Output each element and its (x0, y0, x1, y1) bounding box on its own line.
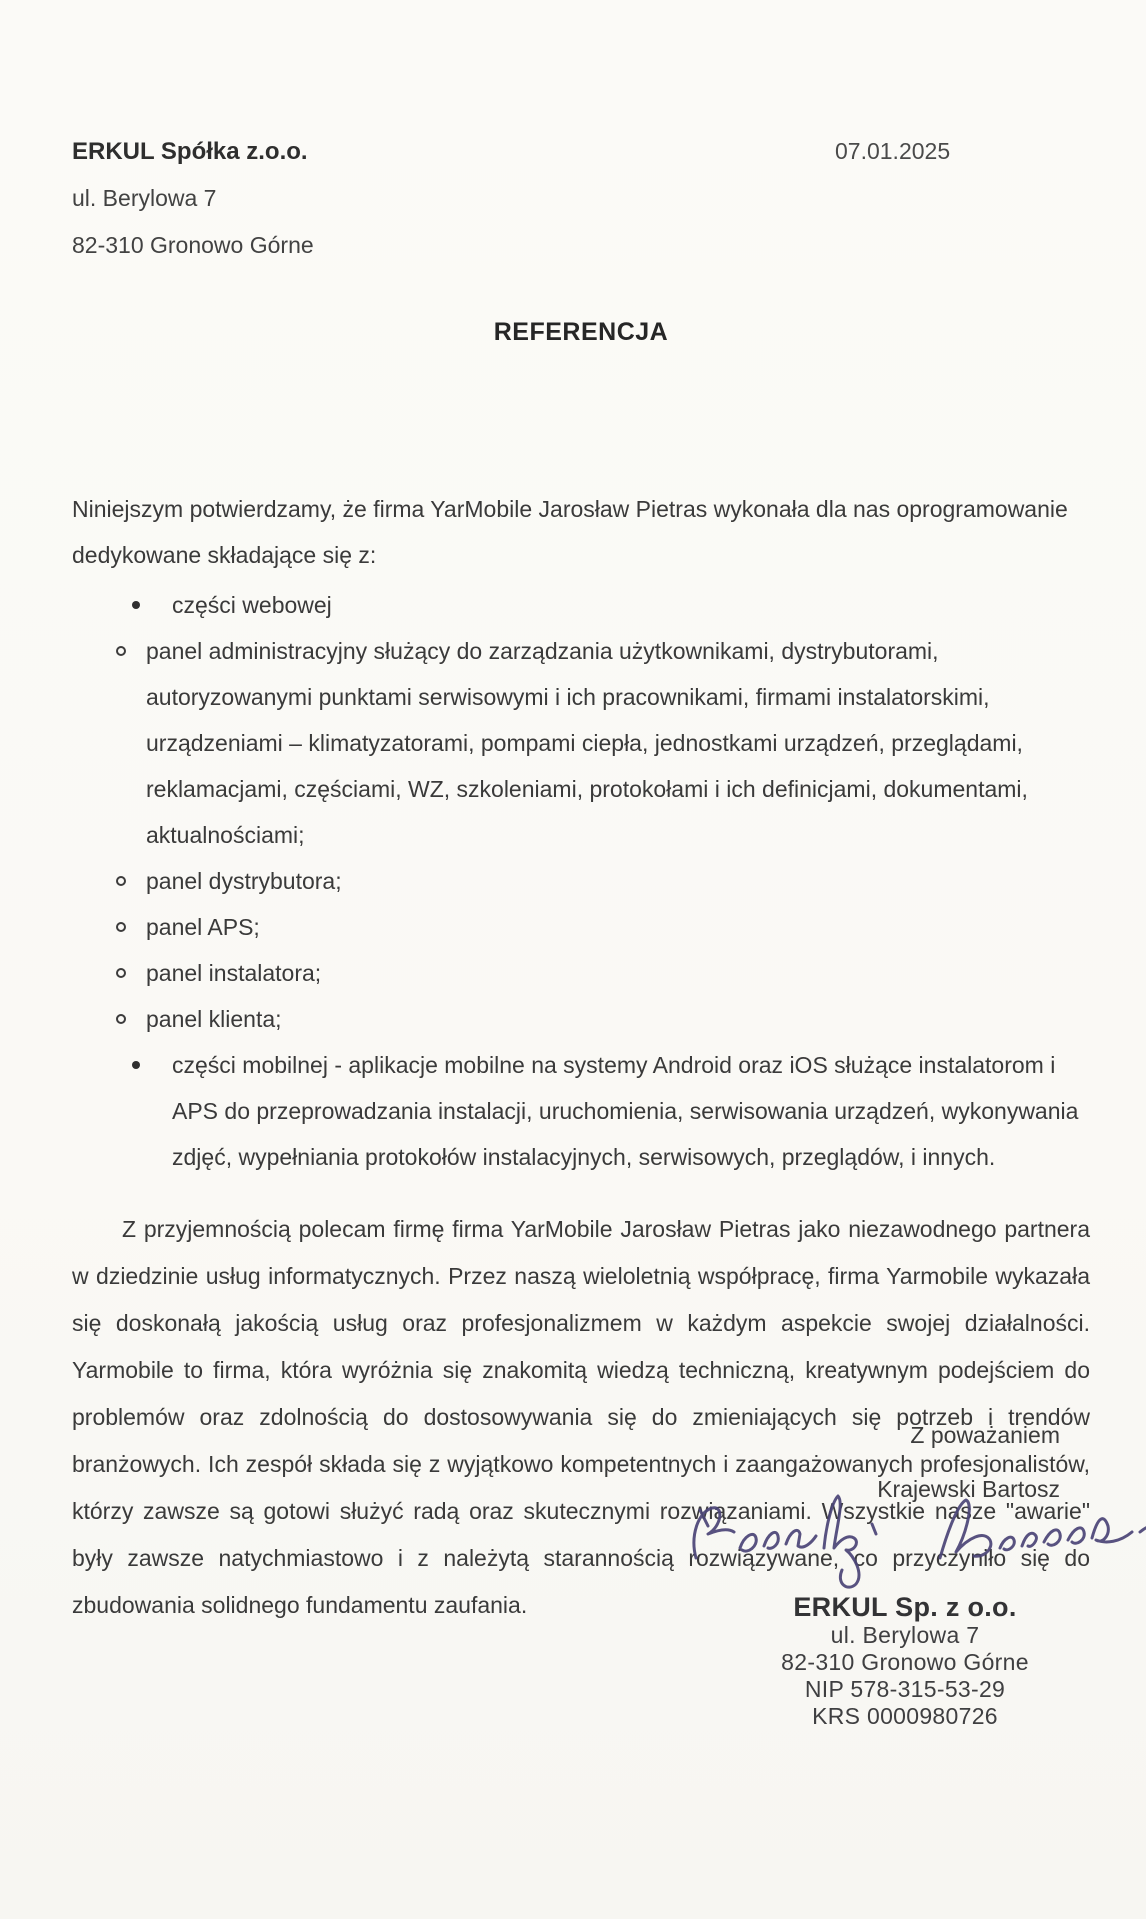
scanned-letter-page: ERKUL Spółka z.o.o. 07.01.2025 ul. Beryl… (0, 0, 1146, 1919)
web-sublist: panel administracyjny służący do zarządz… (72, 628, 1090, 1042)
list-item-web: części webowej (72, 582, 1090, 628)
letter-date: 07.01.2025 (835, 128, 950, 175)
sub-item-client-panel: panel klienta; (72, 996, 1090, 1042)
stamp-street: ul. Berylowa 7 (640, 1622, 1146, 1649)
sub-item-distributor-panel: panel dystrybutora; (72, 858, 1090, 904)
sub-item-aps-panel: panel APS; (72, 904, 1090, 950)
closing-salutation: Z poważaniem (877, 1408, 1060, 1462)
letter-content: ERKUL Spółka z.o.o. 07.01.2025 ul. Beryl… (0, 0, 1146, 1629)
circle-marker-icon (116, 950, 146, 996)
address-city: 82-310 Gronowo Górne (72, 222, 1090, 269)
sub-item-text: panel dystrybutora; (146, 858, 1090, 904)
letterhead: ERKUL Spółka z.o.o. 07.01.2025 (72, 128, 1090, 175)
sub-item-text: panel klienta; (146, 996, 1090, 1042)
company-stamp: ERKUL Sp. z o.o. ul. Berylowa 7 82-310 G… (640, 1592, 1146, 1730)
address-street: ul. Berylowa 7 (72, 175, 1090, 222)
sub-item-text: panel administracyjny służący do zarządz… (146, 628, 1090, 858)
company-name: ERKUL Spółka z.o.o. (72, 138, 308, 165)
deliverables-list: części webowej panel administracyjny słu… (72, 582, 1090, 1180)
list-item-mobile: części mobilnej - aplikacje mobilne na s… (72, 1042, 1090, 1180)
sub-item-installer-panel: panel instalatora; (72, 950, 1090, 996)
circle-marker-icon (116, 628, 146, 674)
circle-marker-icon (116, 904, 146, 950)
web-sublist-container: panel administracyjny służący do zarządz… (72, 628, 1090, 1042)
stamp-krs: KRS 0000980726 (640, 1703, 1146, 1730)
circle-marker-icon (116, 858, 146, 904)
letter-title: REFERENCJA (72, 309, 1090, 356)
sub-item-admin-panel: panel administracyjny służący do zarządz… (72, 628, 1090, 858)
bullet-dot-icon (132, 1042, 172, 1088)
list-item-mobile-label: części mobilnej - aplikacje mobilne na s… (172, 1042, 1090, 1180)
bullet-dot-icon (132, 582, 172, 628)
intro-paragraph: Niniejszym potwierdzamy, że firma YarMob… (72, 486, 1090, 578)
sub-item-text: panel APS; (146, 904, 1090, 950)
sub-item-text: panel instalatora; (146, 950, 1090, 996)
stamp-city: 82-310 Gronowo Górne (640, 1649, 1146, 1676)
circle-marker-icon (116, 996, 146, 1042)
list-item-web-label: części webowej (172, 582, 1090, 628)
stamp-nip: NIP 578-315-53-29 (640, 1676, 1146, 1703)
stamp-company-name: ERKUL Sp. z o.o. (640, 1592, 1146, 1622)
